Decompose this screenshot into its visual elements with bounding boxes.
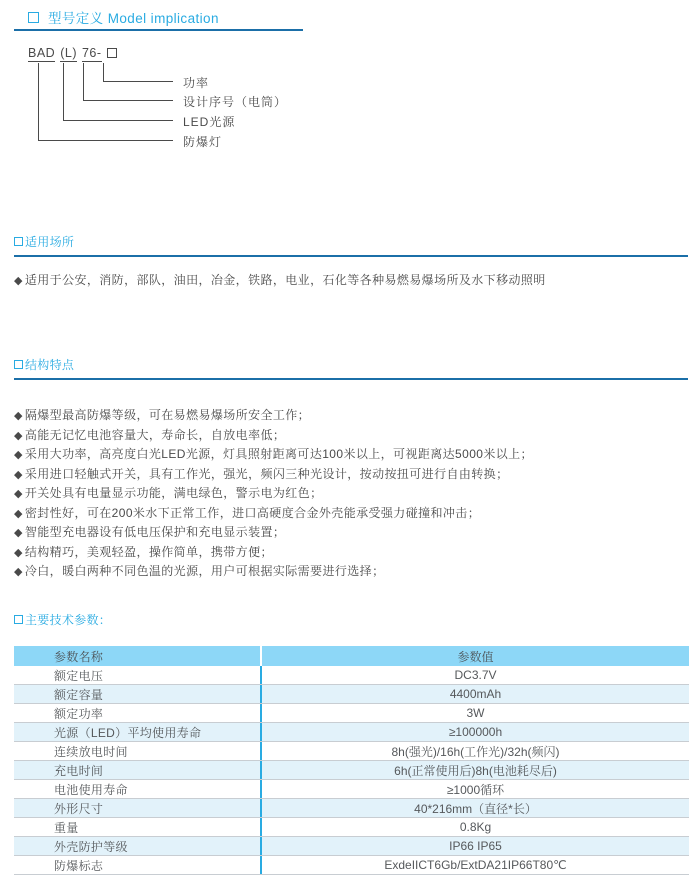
parameters-section-heading: 主要技术参数： xyxy=(14,611,111,628)
param-name-cell: 光源（LED）平均使用寿命 xyxy=(14,723,260,741)
feature-item: ◆采用大功率，高亮度白光LED光源，灯具照射距离可达100米以上，可视距离达50… xyxy=(14,445,533,465)
model-placeholder-box-icon xyxy=(107,48,117,58)
table-row: 充电时间6h(正常使用后)8h(电池耗尽后) xyxy=(14,761,689,780)
param-value-cell: ≥100000h xyxy=(260,723,689,741)
param-name-cell: 外壳防护等级 xyxy=(14,837,260,855)
param-value-cell: 6h(正常使用后)8h(电池耗尽后) xyxy=(260,761,689,779)
parameters-table-body: 额定电压DC3.7V额定容量4400mAh额定功率3W光源（LED）平均使用寿命… xyxy=(14,666,689,875)
table-row: 额定容量4400mAh xyxy=(14,685,689,704)
feature-text: 智能型充电器设有低电压保护和充电显示装置； xyxy=(25,525,285,539)
feature-text: 高能无记忆电池容量大，寿命长，自放电率低； xyxy=(25,428,285,442)
feature-item: ◆结构精巧，美观轻盈，操作简单，携带方便； xyxy=(14,543,533,563)
table-row: 外形尺寸40*216mm（直径*长） xyxy=(14,799,689,818)
application-text: ◆适用于公安，消防，部队，油田，冶金，铁路，电业，石化等各种易燃易爆场所及水下移… xyxy=(14,271,546,288)
model-code: BAD(L)76- xyxy=(28,46,117,60)
diagram-connector-lamp xyxy=(38,63,173,141)
features-section-heading: 结构特点 xyxy=(14,356,74,373)
param-value-cell: IP66 IP65 xyxy=(260,837,689,855)
application-section-title: 适用场所 xyxy=(25,233,74,250)
square-bullet-icon xyxy=(14,360,23,369)
table-row: 防爆标志ExdeIICT6Gb/ExtDA21IP66T80℃ xyxy=(14,856,689,875)
heading-underline xyxy=(14,29,303,31)
table-row: 额定电压DC3.7V xyxy=(14,666,689,685)
param-name-cell: 额定电压 xyxy=(14,666,260,684)
feature-text: 密封性好，可在200米水下正常工作，进口高硬度合金外壳能承受强力碰撞和冲击； xyxy=(25,506,480,520)
diamond-bullet-icon: ◆ xyxy=(14,508,23,520)
diamond-bullet-icon: ◆ xyxy=(14,410,23,422)
feature-item: ◆密封性好，可在200米水下正常工作，进口高硬度合金外壳能承受强力碰撞和冲击； xyxy=(14,504,533,524)
table-row: 电池使用寿命≥1000循环 xyxy=(14,780,689,799)
diamond-bullet-icon: ◆ xyxy=(14,449,23,461)
feature-text: 开关处具有电量显示功能，满电绿色，警示电为红色； xyxy=(25,486,323,500)
diagram-label-led: LED光源 xyxy=(183,113,235,130)
parameters-section-title: 主要技术参数： xyxy=(25,611,111,628)
features-section-title: 结构特点 xyxy=(25,356,74,373)
model-section-title: 型号定义 Model implication xyxy=(48,7,219,27)
param-name-cell: 连续放电时间 xyxy=(14,742,260,760)
param-name-cell: 电池使用寿命 xyxy=(14,780,260,798)
table-row: 外壳防护等级IP66 IP65 xyxy=(14,837,689,856)
param-name-cell: 充电时间 xyxy=(14,761,260,779)
param-name-cell: 防爆标志 xyxy=(14,856,260,874)
param-value-cell: 4400mAh xyxy=(260,685,689,703)
table-row: 连续放电时间8h(强光)/16h(工作光)/32h(频闪) xyxy=(14,742,689,761)
diamond-bullet-icon: ◆ xyxy=(14,488,23,500)
section-underline xyxy=(14,378,688,380)
diamond-bullet-icon: ◆ xyxy=(14,547,23,559)
diamond-bullet-icon: ◆ xyxy=(14,469,23,481)
param-value-cell: 0.8Kg xyxy=(260,818,689,836)
feature-item: ◆采用进口轻触式开关，具有工作光，强光，频闪三种光设计，按动按扭可进行自由转换； xyxy=(14,465,533,485)
model-code-led-flag: (L) xyxy=(60,46,77,62)
feature-text: 结构精巧，美观轻盈，操作简单，携带方便； xyxy=(25,545,273,559)
feature-item: ◆隔爆型最高防爆等级，可在易燃易爆场所安全工作； xyxy=(14,406,533,426)
param-name-cell: 重量 xyxy=(14,818,260,836)
model-code-series: 76- xyxy=(82,46,102,62)
diamond-bullet-icon: ◆ xyxy=(14,430,23,442)
table-row: 额定功率3W xyxy=(14,704,689,723)
feature-text: 隔爆型最高防爆等级，可在易燃易爆场所安全工作； xyxy=(25,408,310,422)
diamond-bullet-icon: ◆ xyxy=(14,275,23,287)
diamond-bullet-icon: ◆ xyxy=(14,566,23,578)
feature-text: 采用大功率，高亮度白光LED光源，灯具照射距离可达100米以上，可视距离达500… xyxy=(25,447,533,461)
feature-item: ◆高能无记忆电池容量大，寿命长，自放电率低； xyxy=(14,426,533,446)
feature-text: 冷白，暖白两种不同色温的光源，用户可根据实际需要进行选择； xyxy=(25,564,385,578)
square-bullet-icon xyxy=(14,615,23,624)
param-value-cell: 8h(强光)/16h(工作光)/32h(频闪) xyxy=(260,742,689,760)
param-value-cell: ExdeIICT6Gb/ExtDA21IP66T80℃ xyxy=(260,856,689,874)
square-bullet-icon xyxy=(14,237,23,246)
param-name-header: 参数名称 xyxy=(14,646,260,666)
diagram-label-lamp: 防爆灯 xyxy=(183,133,222,150)
feature-item: ◆开关处具有电量显示功能，满电绿色，警示电为红色； xyxy=(14,484,533,504)
param-name-cell: 额定功率 xyxy=(14,704,260,722)
diagram-label-serial: 设计序号（电筒） xyxy=(183,93,287,110)
square-bullet-icon xyxy=(28,12,39,23)
application-section-heading: 适用场所 xyxy=(14,233,74,250)
feature-text: 采用进口轻触式开关，具有工作光，强光，频闪三种光设计，按动按扭可进行自由转换； xyxy=(25,467,509,481)
param-value-header: 参数值 xyxy=(260,646,689,666)
model-code-prefix: BAD xyxy=(28,46,55,62)
diamond-bullet-icon: ◆ xyxy=(14,527,23,539)
application-text-content: 适用于公安，消防，部队，油田，冶金，铁路，电业，石化等各种易燃易爆场所及水下移动… xyxy=(25,273,546,287)
section-underline xyxy=(14,255,688,257)
param-name-cell: 额定容量 xyxy=(14,685,260,703)
param-value-cell: 3W xyxy=(260,704,689,722)
diagram-label-power: 功率 xyxy=(183,74,209,91)
features-list: ◆隔爆型最高防爆等级，可在易燃易爆场所安全工作；◆高能无记忆电池容量大，寿命长，… xyxy=(14,406,533,582)
feature-item: ◆智能型充电器设有低电压保护和充电显示装置； xyxy=(14,523,533,543)
feature-item: ◆冷白，暖白两种不同色温的光源，用户可根据实际需要进行选择； xyxy=(14,562,533,582)
param-value-cell: ≥1000循环 xyxy=(260,780,689,798)
table-header-row: 参数名称 参数值 xyxy=(14,646,689,666)
spec-sheet-page: 型号定义 Model implication BAD(L)76- 功率 设计序号… xyxy=(0,0,689,886)
parameters-table: 参数名称 参数值 额定电压DC3.7V额定容量4400mAh额定功率3W光源（L… xyxy=(14,646,689,875)
param-value-cell: DC3.7V xyxy=(260,666,689,684)
param-name-cell: 外形尺寸 xyxy=(14,799,260,817)
table-row: 光源（LED）平均使用寿命≥100000h xyxy=(14,723,689,742)
table-row: 重量0.8Kg xyxy=(14,818,689,837)
model-section-heading: 型号定义 Model implication xyxy=(28,7,219,27)
param-value-cell: 40*216mm（直径*长） xyxy=(260,799,689,817)
